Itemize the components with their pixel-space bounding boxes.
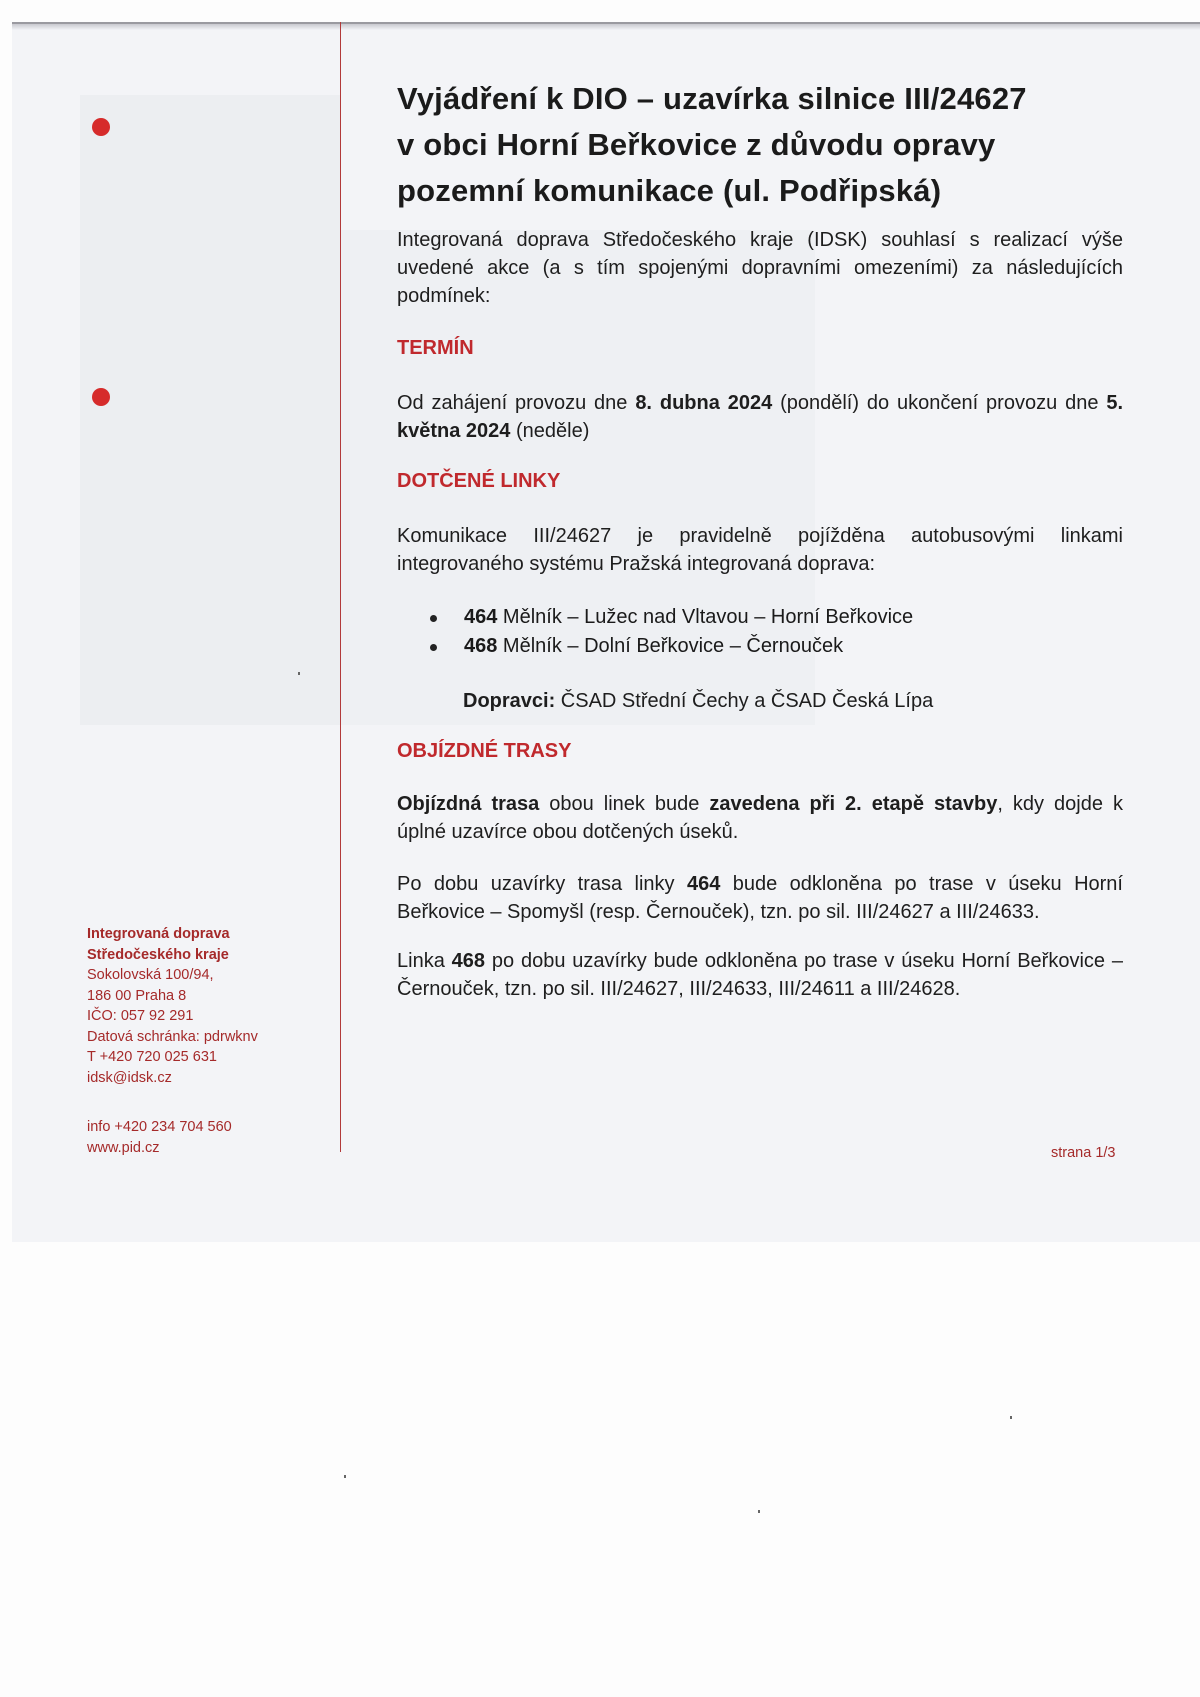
sender-contact-block: Integrovaná doprava Středočeského kraje … — [87, 924, 337, 1088]
red-bullet-dot-icon — [92, 388, 110, 406]
title-line: v obci Horní Beřkovice z důvodu opravy — [397, 127, 995, 162]
address: Sokolovská 100/94, — [87, 965, 337, 986]
bus-lines-list: 464 Mělník – Lužec nad Vltavou – Horní B… — [428, 603, 913, 661]
title-line: pozemní komunikace (ul. Podřipská) — [397, 173, 941, 208]
info-phone: info +420 234 704 560 — [87, 1117, 232, 1138]
start-date: 8. dubna 2024 — [635, 392, 772, 414]
scan-speck — [1010, 1416, 1012, 1419]
company-id: IČO: 057 92 291 — [87, 1006, 337, 1027]
bleed-through-image — [80, 95, 340, 725]
website: www.pid.cz — [87, 1138, 232, 1159]
list-item: 468 Mělník – Dolní Beřkovice – Černouček — [428, 632, 913, 661]
lines-intro-paragraph: Komunikace III/24627 je pravidelně pojíž… — [397, 522, 1123, 578]
intro-paragraph: Integrovaná doprava Středočeského kraje … — [397, 226, 1123, 310]
address: 186 00 Praha 8 — [87, 986, 337, 1007]
title-line: Vyjádření k DIO – uzavírka silnice III/2… — [397, 81, 1027, 116]
page-number: strana 1/3 — [1051, 1145, 1116, 1161]
info-contact-block: info +420 234 704 560 www.pid.cz — [87, 1117, 232, 1158]
red-bullet-dot-icon — [92, 118, 110, 136]
data-box: Datová schránka: pdrwknv — [87, 1027, 337, 1048]
detour-paragraph-1: Objízdná trasa obou linek bude zavedena … — [397, 790, 1123, 846]
scan-speck — [758, 1510, 760, 1513]
scan-speck — [344, 1475, 346, 1478]
document-title: Vyjádření k DIO – uzavírka silnice III/2… — [397, 76, 1123, 214]
phone: T +420 720 025 631 — [87, 1047, 337, 1068]
list-item: 464 Mělník – Lužec nad Vltavou – Horní B… — [428, 603, 913, 632]
line-number: 464 — [464, 606, 497, 628]
carriers-line: Dopravci: ČSAD Střední Čechy a ČSAD Česk… — [463, 687, 933, 715]
detour-paragraph-3: Linka 468 po dobu uzavírky bude odkloněn… — [397, 947, 1123, 1003]
scan-speck — [298, 672, 300, 675]
line-number: 468 — [464, 635, 497, 657]
termin-paragraph: Od zahájení provozu dne 8. dubna 2024 (p… — [397, 389, 1123, 445]
detour-paragraph-2: Po dobu uzavírky trasa linky 464 bude od… — [397, 870, 1123, 926]
section-heading-objizdne-trasy: OBJÍZDNÉ TRASY — [397, 740, 571, 763]
email: idsk@idsk.cz — [87, 1068, 337, 1089]
org-name: Středočeského kraje — [87, 945, 337, 966]
section-heading-dotcene-linky: DOTČENÉ LINKY — [397, 470, 560, 493]
org-name: Integrovaná doprava — [87, 924, 337, 945]
vertical-divider — [340, 22, 341, 1152]
section-heading-termin: TERMÍN — [397, 337, 474, 360]
